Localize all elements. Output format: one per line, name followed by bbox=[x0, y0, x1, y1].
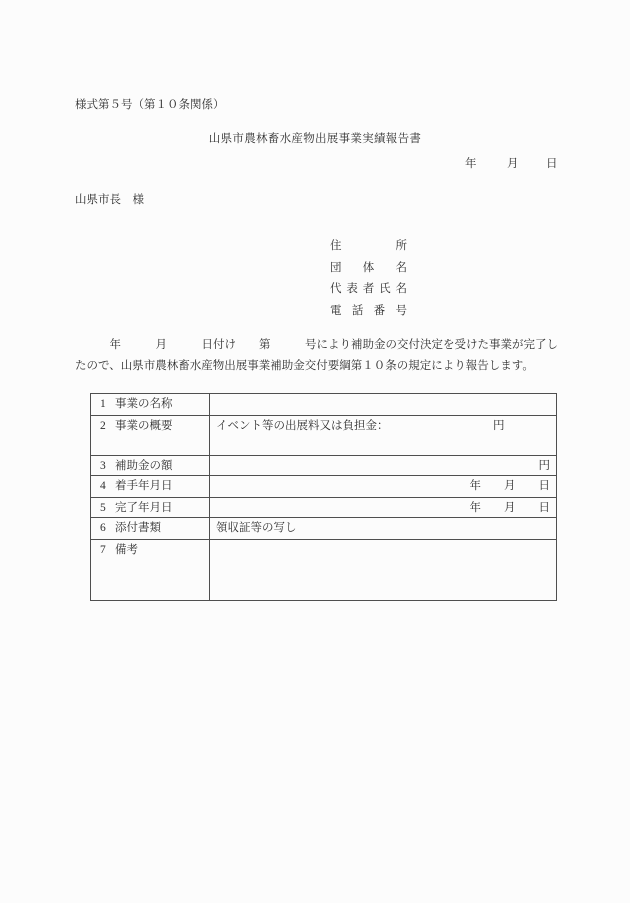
year-label: 年 bbox=[465, 156, 477, 173]
body-paragraph-line-1: 年 月 日付け 第 号により補助金の交付決定を受けた事業が完了し bbox=[75, 335, 560, 356]
applicant-phone-label: 電話番号 bbox=[330, 301, 407, 323]
row-label-cell: 6 添付書類 bbox=[91, 518, 210, 539]
row-value: 年 月 日 bbox=[470, 480, 551, 492]
row-label: 備考 bbox=[115, 542, 138, 600]
table-row-attachments: 6 添付書類 領収証等の写し bbox=[91, 518, 556, 540]
row-label-cell: 7 備考 bbox=[91, 540, 210, 600]
row-label: 添付書類 bbox=[115, 520, 161, 539]
table-row-project-name: 1 事業の名称 bbox=[91, 394, 556, 416]
row-label: 完了年月日 bbox=[115, 500, 173, 517]
row-label: 着手年月日 bbox=[115, 478, 173, 497]
body-paragraph-line-2: たので、山県市農林畜水産物出展事業補助金交付要綱第１０条の規定により報告します。 bbox=[75, 356, 560, 377]
form-number: 様式第５号（第１０条関係） bbox=[75, 97, 225, 114]
applicant-address-label: 住所 bbox=[330, 236, 407, 258]
row-value: イベント等の出展料又は負担金： bbox=[216, 420, 389, 432]
row-number: 3 bbox=[100, 458, 115, 475]
report-table: 1 事業の名称 2 事業の概要 イベント等の出展料又は負担金： 円 3 補助金の… bbox=[90, 393, 557, 601]
day-label: 日 bbox=[546, 156, 558, 173]
applicant-block: 住所 団体名 代表者氏名 電話番号 bbox=[330, 236, 407, 322]
row-number: 5 bbox=[100, 500, 115, 517]
row-value: 円 bbox=[539, 460, 551, 472]
row-number: 7 bbox=[100, 542, 115, 600]
row-label-cell: 3 補助金の額 bbox=[91, 456, 210, 475]
page-title: 山県市農林畜水産物出展事業実績報告書 bbox=[0, 131, 630, 148]
row-value-cell: 年 月 日 bbox=[210, 498, 556, 517]
row-label-cell: 2 事業の概要 bbox=[91, 416, 210, 455]
row-number: 2 bbox=[100, 418, 115, 455]
row-label: 事業の概要 bbox=[115, 418, 173, 455]
table-row-remarks: 7 備考 bbox=[91, 540, 556, 600]
row-label-cell: 4 着手年月日 bbox=[91, 476, 210, 497]
row-number: 4 bbox=[100, 478, 115, 497]
row-value: 年 月 日 bbox=[470, 502, 551, 514]
row-number: 6 bbox=[100, 520, 115, 539]
row-value: 領収証等の写し bbox=[216, 522, 297, 534]
row-label-cell: 5 完了年月日 bbox=[91, 498, 210, 517]
row-value-cell: イベント等の出展料又は負担金： 円 bbox=[210, 416, 556, 455]
row-value-cell bbox=[210, 540, 556, 600]
document-page: 様式第５号（第１０条関係） 山県市農林畜水産物出展事業実績報告書 年 月 日 山… bbox=[0, 0, 630, 903]
applicant-organization-label: 団体名 bbox=[330, 258, 407, 280]
table-row-completion-date: 5 完了年月日 年 月 日 bbox=[91, 498, 556, 518]
row-label: 事業の名称 bbox=[115, 396, 173, 415]
table-row-subsidy-amount: 3 補助金の額 円 bbox=[91, 456, 556, 476]
addressee-line: 山県市長 様 bbox=[75, 192, 144, 209]
yen-unit-label: 円 bbox=[493, 418, 505, 435]
row-value-cell bbox=[210, 394, 556, 415]
table-row-project-outline: 2 事業の概要 イベント等の出展料又は負担金： 円 bbox=[91, 416, 556, 456]
row-label: 補助金の額 bbox=[115, 458, 173, 475]
row-value-cell: 円 bbox=[210, 456, 556, 475]
row-value-cell: 領収証等の写し bbox=[210, 518, 556, 539]
body-paragraph: 年 月 日付け 第 号により補助金の交付決定を受けた事業が完了し たので、山県市… bbox=[75, 335, 560, 376]
row-value-cell: 年 月 日 bbox=[210, 476, 556, 497]
month-label: 月 bbox=[507, 156, 519, 173]
table-row-start-date: 4 着手年月日 年 月 日 bbox=[91, 476, 556, 498]
row-number: 1 bbox=[100, 396, 115, 415]
row-label-cell: 1 事業の名称 bbox=[91, 394, 210, 415]
applicant-representative-label: 代表者氏名 bbox=[330, 279, 407, 301]
